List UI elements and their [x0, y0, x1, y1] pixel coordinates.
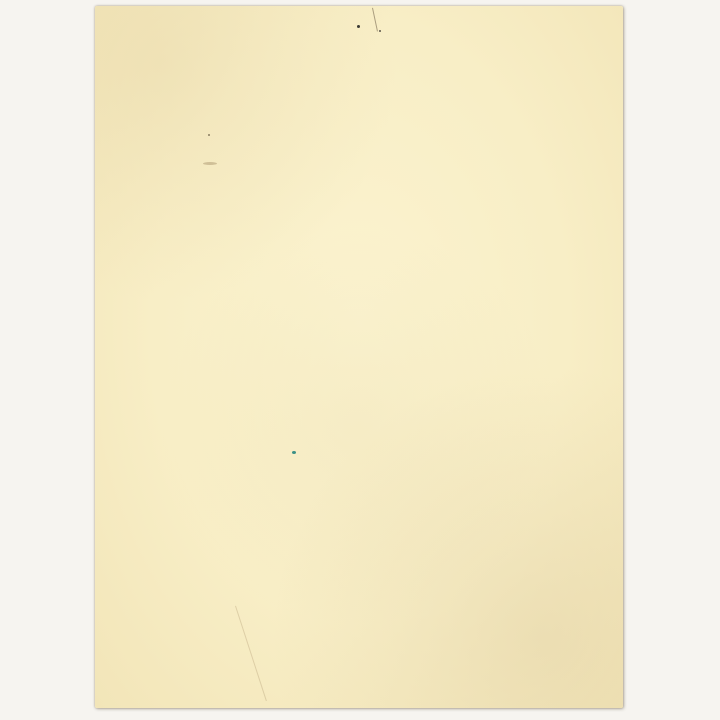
smudge-mark: [203, 162, 217, 165]
ink-speck: [379, 30, 381, 32]
paper-crease: [235, 606, 267, 701]
paper-crease: [372, 8, 378, 32]
ink-speck: [208, 134, 210, 136]
blank-paper-sheet: [95, 6, 623, 708]
ink-speck: [357, 25, 360, 28]
teal-speck: [292, 451, 296, 454]
